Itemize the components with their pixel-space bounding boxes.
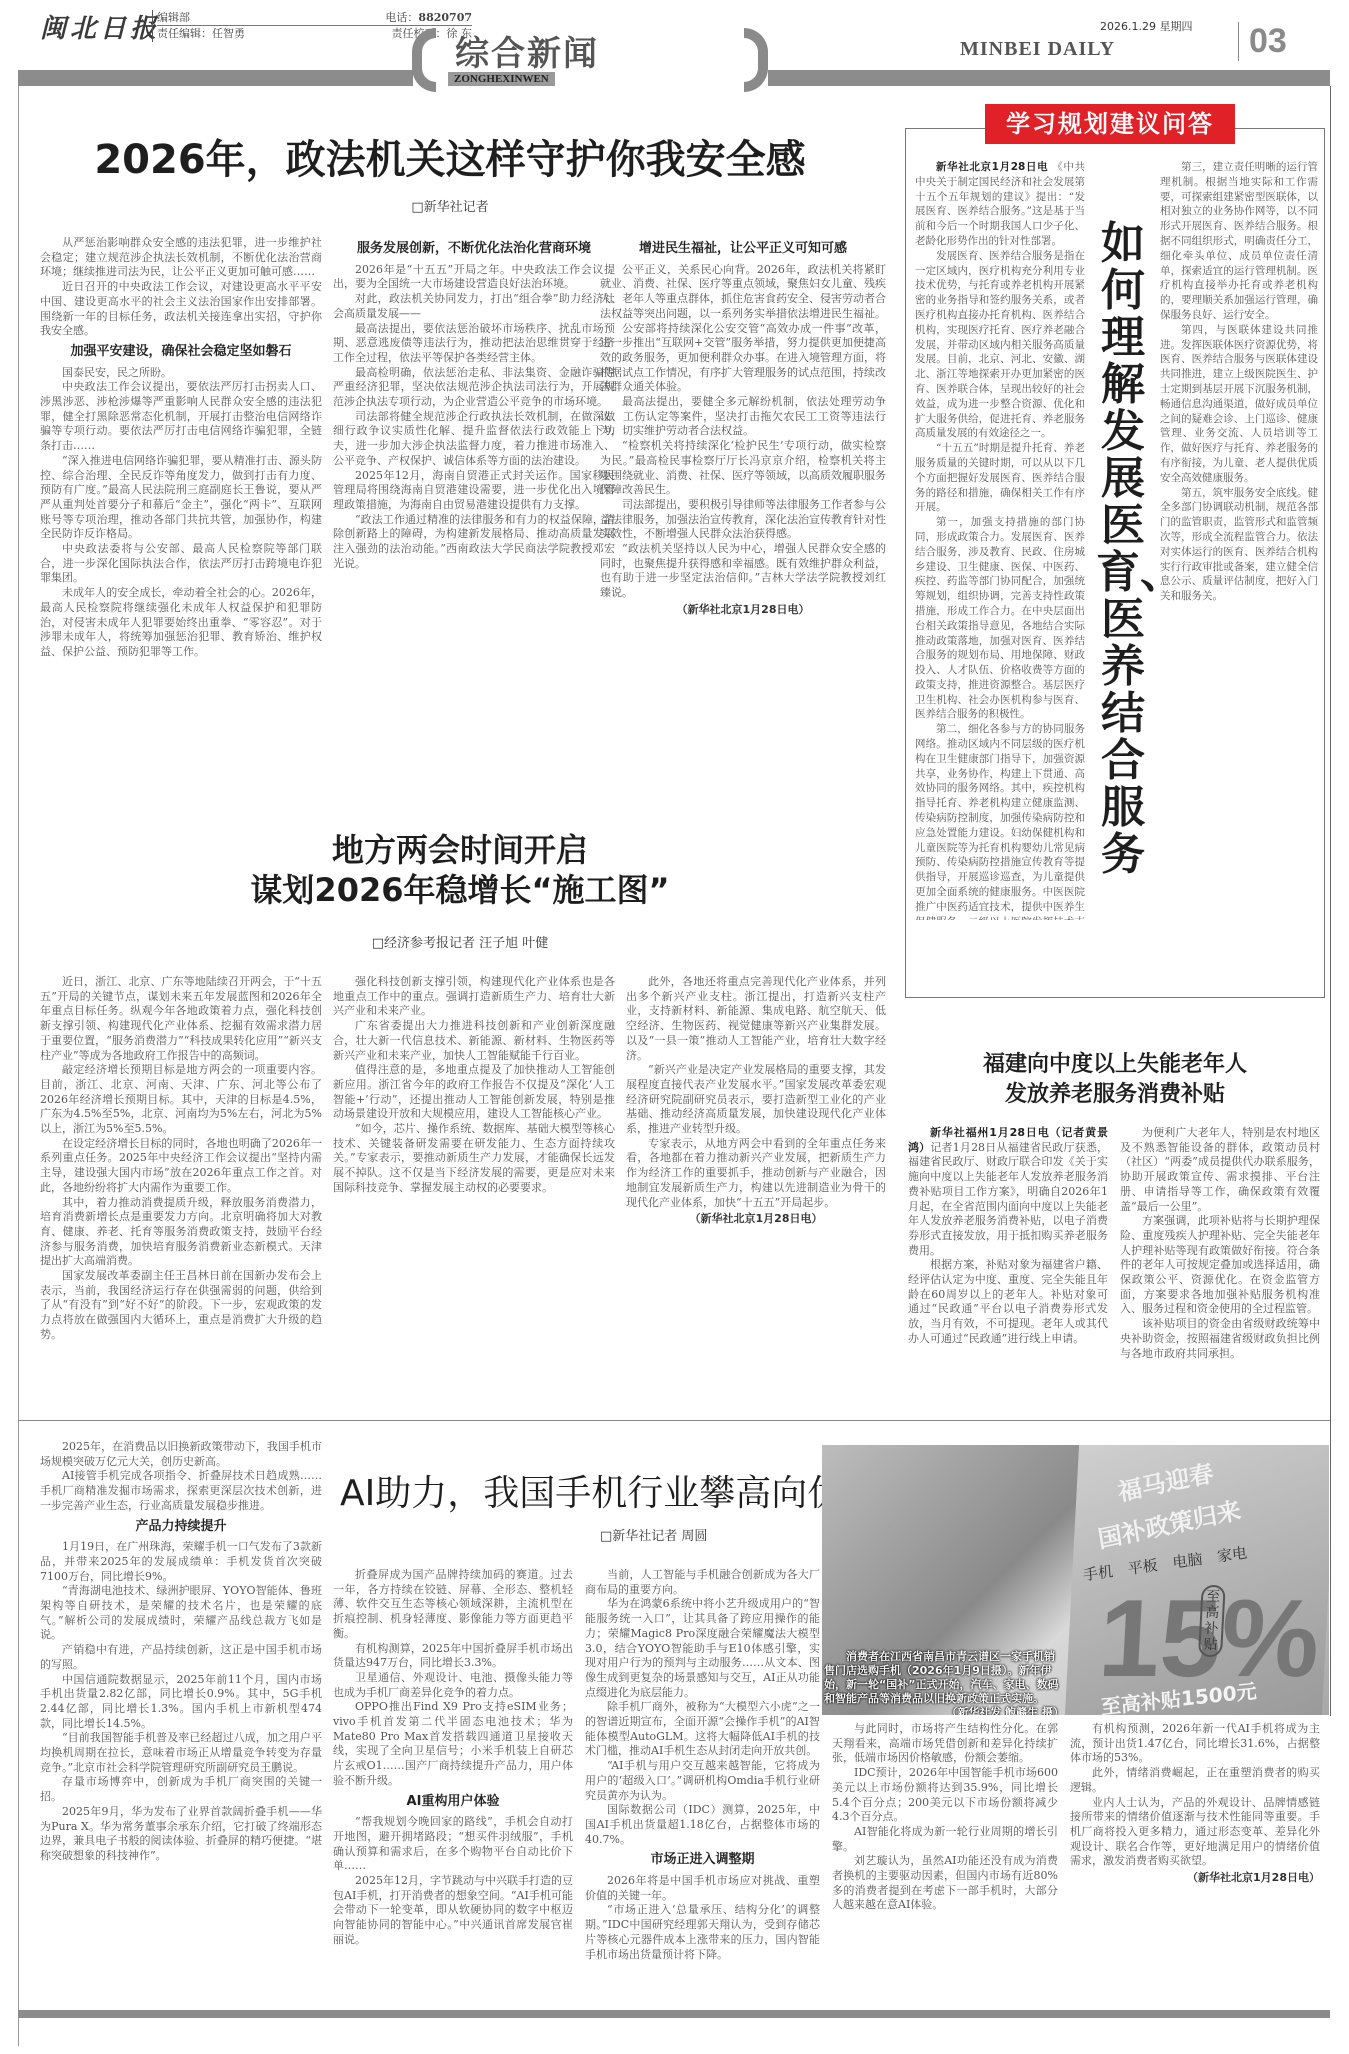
article1-col3: 增进民生福祉，让公平正义可知可感 公平正义，关系民心向背。2026年，政法机关将… [600, 236, 886, 618]
article1-subhead-3: 增进民生福祉，让公平正义可知可感 [600, 242, 886, 257]
masthead-bar-left [18, 70, 413, 86]
article4-col5: 有机构预测，2026年新一代AI手机将成为主流，预计出货1.47亿台，同比增长3… [1070, 1722, 1320, 2007]
article4-col2: 折叠屏成为国产品牌持续加码的赛道。过去一年，各方持续在铰链、屏幕、全形态、整机轻… [333, 1568, 573, 2008]
article1-subhead-1: 加强平安建设，确保社会稳定坚如磐石 [40, 345, 322, 360]
phone: 电话：8820707 [385, 10, 472, 25]
footer-bar [18, 2010, 1330, 2018]
section-pinyin: ZONGHEXINWEN [448, 72, 555, 86]
article2-col1: 近日，浙江、北京、广东等地陆续召开两会，于“十五五”开局的关键节点，谋划未来五年… [40, 975, 322, 1370]
article4-col1: 2025年，在消费品以旧换新政策带动下，我国手机市场规模突破万亿元大关，创历史新… [40, 1440, 322, 2010]
page-border-right [1330, 86, 1331, 1716]
article1-headline: 2026年，政法机关这样守护你我安全感 [40, 128, 860, 185]
issue-date: 2026.1.29 星期四 [1100, 18, 1192, 34]
article4-headline: AI助力，我国手机行业攀高向优 [340, 1465, 900, 1516]
newspaper-logo: 闽北日报 [40, 8, 160, 45]
article1-sign: （新华社北京1月28日电） [600, 603, 886, 618]
photo-credit: （新华社发 鲍赣生 摄） [824, 1706, 1064, 1715]
editor: 责任编辑：任智勇 [157, 26, 245, 42]
study-panel-col1: 新华社北京1月28日电 《中共中央关于制定国民经济和社会发展第十五个五年规划的建… [915, 160, 1085, 920]
article2-headline: 地方两会时间开启 谋划2026年稳增长“施工图” [40, 830, 880, 910]
article2-col2: 强化科技创新支撑引领，构建现代化产业体系也是各地重点工作中的重点。强调打造新质生… [333, 975, 615, 1370]
section-title: 综合新闻 [455, 26, 599, 75]
article4-sign: （新华社北京1月28日电） [1070, 1871, 1320, 1886]
article3-col2: 为便利广大老年人，特别是农村地区及不熟悉智能设备的群体，政策动员村（社区）“两委… [1120, 1126, 1320, 1416]
page-border-left [18, 86, 19, 2046]
article2-sign: （新华社北京1月28日电） [626, 1212, 886, 1227]
article1-col1: 从严惩治影响群众安全感的违法犯罪，进一步维护社会稳定；建立规范涉企执法长效机制，… [40, 236, 322, 660]
study-lead-sign: 新华社北京1月28日电 [936, 161, 1048, 173]
article4-byline: □新华社记者 周圆 [600, 1525, 800, 1544]
article4-subhead-1: 产品力持续提升 [40, 1520, 322, 1535]
page-number: 03 [1238, 22, 1287, 61]
article4-col3: 当前，人工智能与手机融合创新成为各大厂商布局的重要方向。 华为在鸿蒙6系统中将小… [585, 1568, 820, 2008]
section-divider [18, 1420, 1330, 1421]
subsidy-poster: 福马迎春 国补政策归来 手机 平板 电脑 家电 15% 至高补贴 至高补贴150… [1065, 1445, 1329, 1715]
article3-col1: 新华社福州1月28日电（记者黄景鸿）记者1月28日从福建省民政厅获悉，福建省民政… [908, 1126, 1108, 1416]
news-photo: 福马迎春 国补政策归来 手机 平板 电脑 家电 15% 至高补贴 至高补贴150… [822, 1445, 1329, 1715]
article1-byline: □新华社记者 [40, 196, 860, 215]
masthead-bar-right [768, 70, 1330, 86]
article2-col3: 此外，各地还将重点完善现代化产业体系，并列出多个新兴产业支柱。浙江提出，打造新兴… [626, 975, 886, 1370]
study-panel-col2: 第三，建立责任明晰的运行管理机制。根据当地实际和工作需要，可探索组建紧密型医联体… [1160, 160, 1318, 990]
article1-col2: 服务发展创新，不断优化法治化营商环境 2026年是“十五五”开局之年。中央政法工… [333, 236, 615, 571]
article4-col4: 与此同时，市场将产生结构性分化。在郭天翔看来，高端市场凭借创新和差异化持续扩张，… [832, 1722, 1058, 2007]
article4-subhead-3: 市场正进入调整期 [585, 1853, 820, 1868]
bracket-right-decoration [744, 28, 768, 92]
article4-subhead-2: AI重构用户体验 [333, 1795, 573, 1810]
bracket-left-decoration [412, 28, 436, 92]
study-panel-vertical-title: 如何理解发展医育、医养结合服务 [1096, 220, 1150, 878]
article2-byline: □经济参考报记者 汪子旭 叶健 [40, 932, 880, 951]
dept-label: 编辑部 [157, 10, 190, 25]
article1-subhead-2: 服务发展创新，不断优化法治化营商环境 [333, 242, 615, 257]
article3-headline: 福建向中度以上失能老年人 发放养老服务消费补贴 [905, 1050, 1325, 1110]
paper-name-en: MINBEI DAILY [960, 38, 1115, 61]
photo-caption: 消费者在江西省南昌市青云谱区一家手机销售门店选购手机（2026年1月9日摄）。新… [824, 1650, 1064, 1715]
study-panel-tag: 学习规划建议问答 [985, 104, 1235, 144]
